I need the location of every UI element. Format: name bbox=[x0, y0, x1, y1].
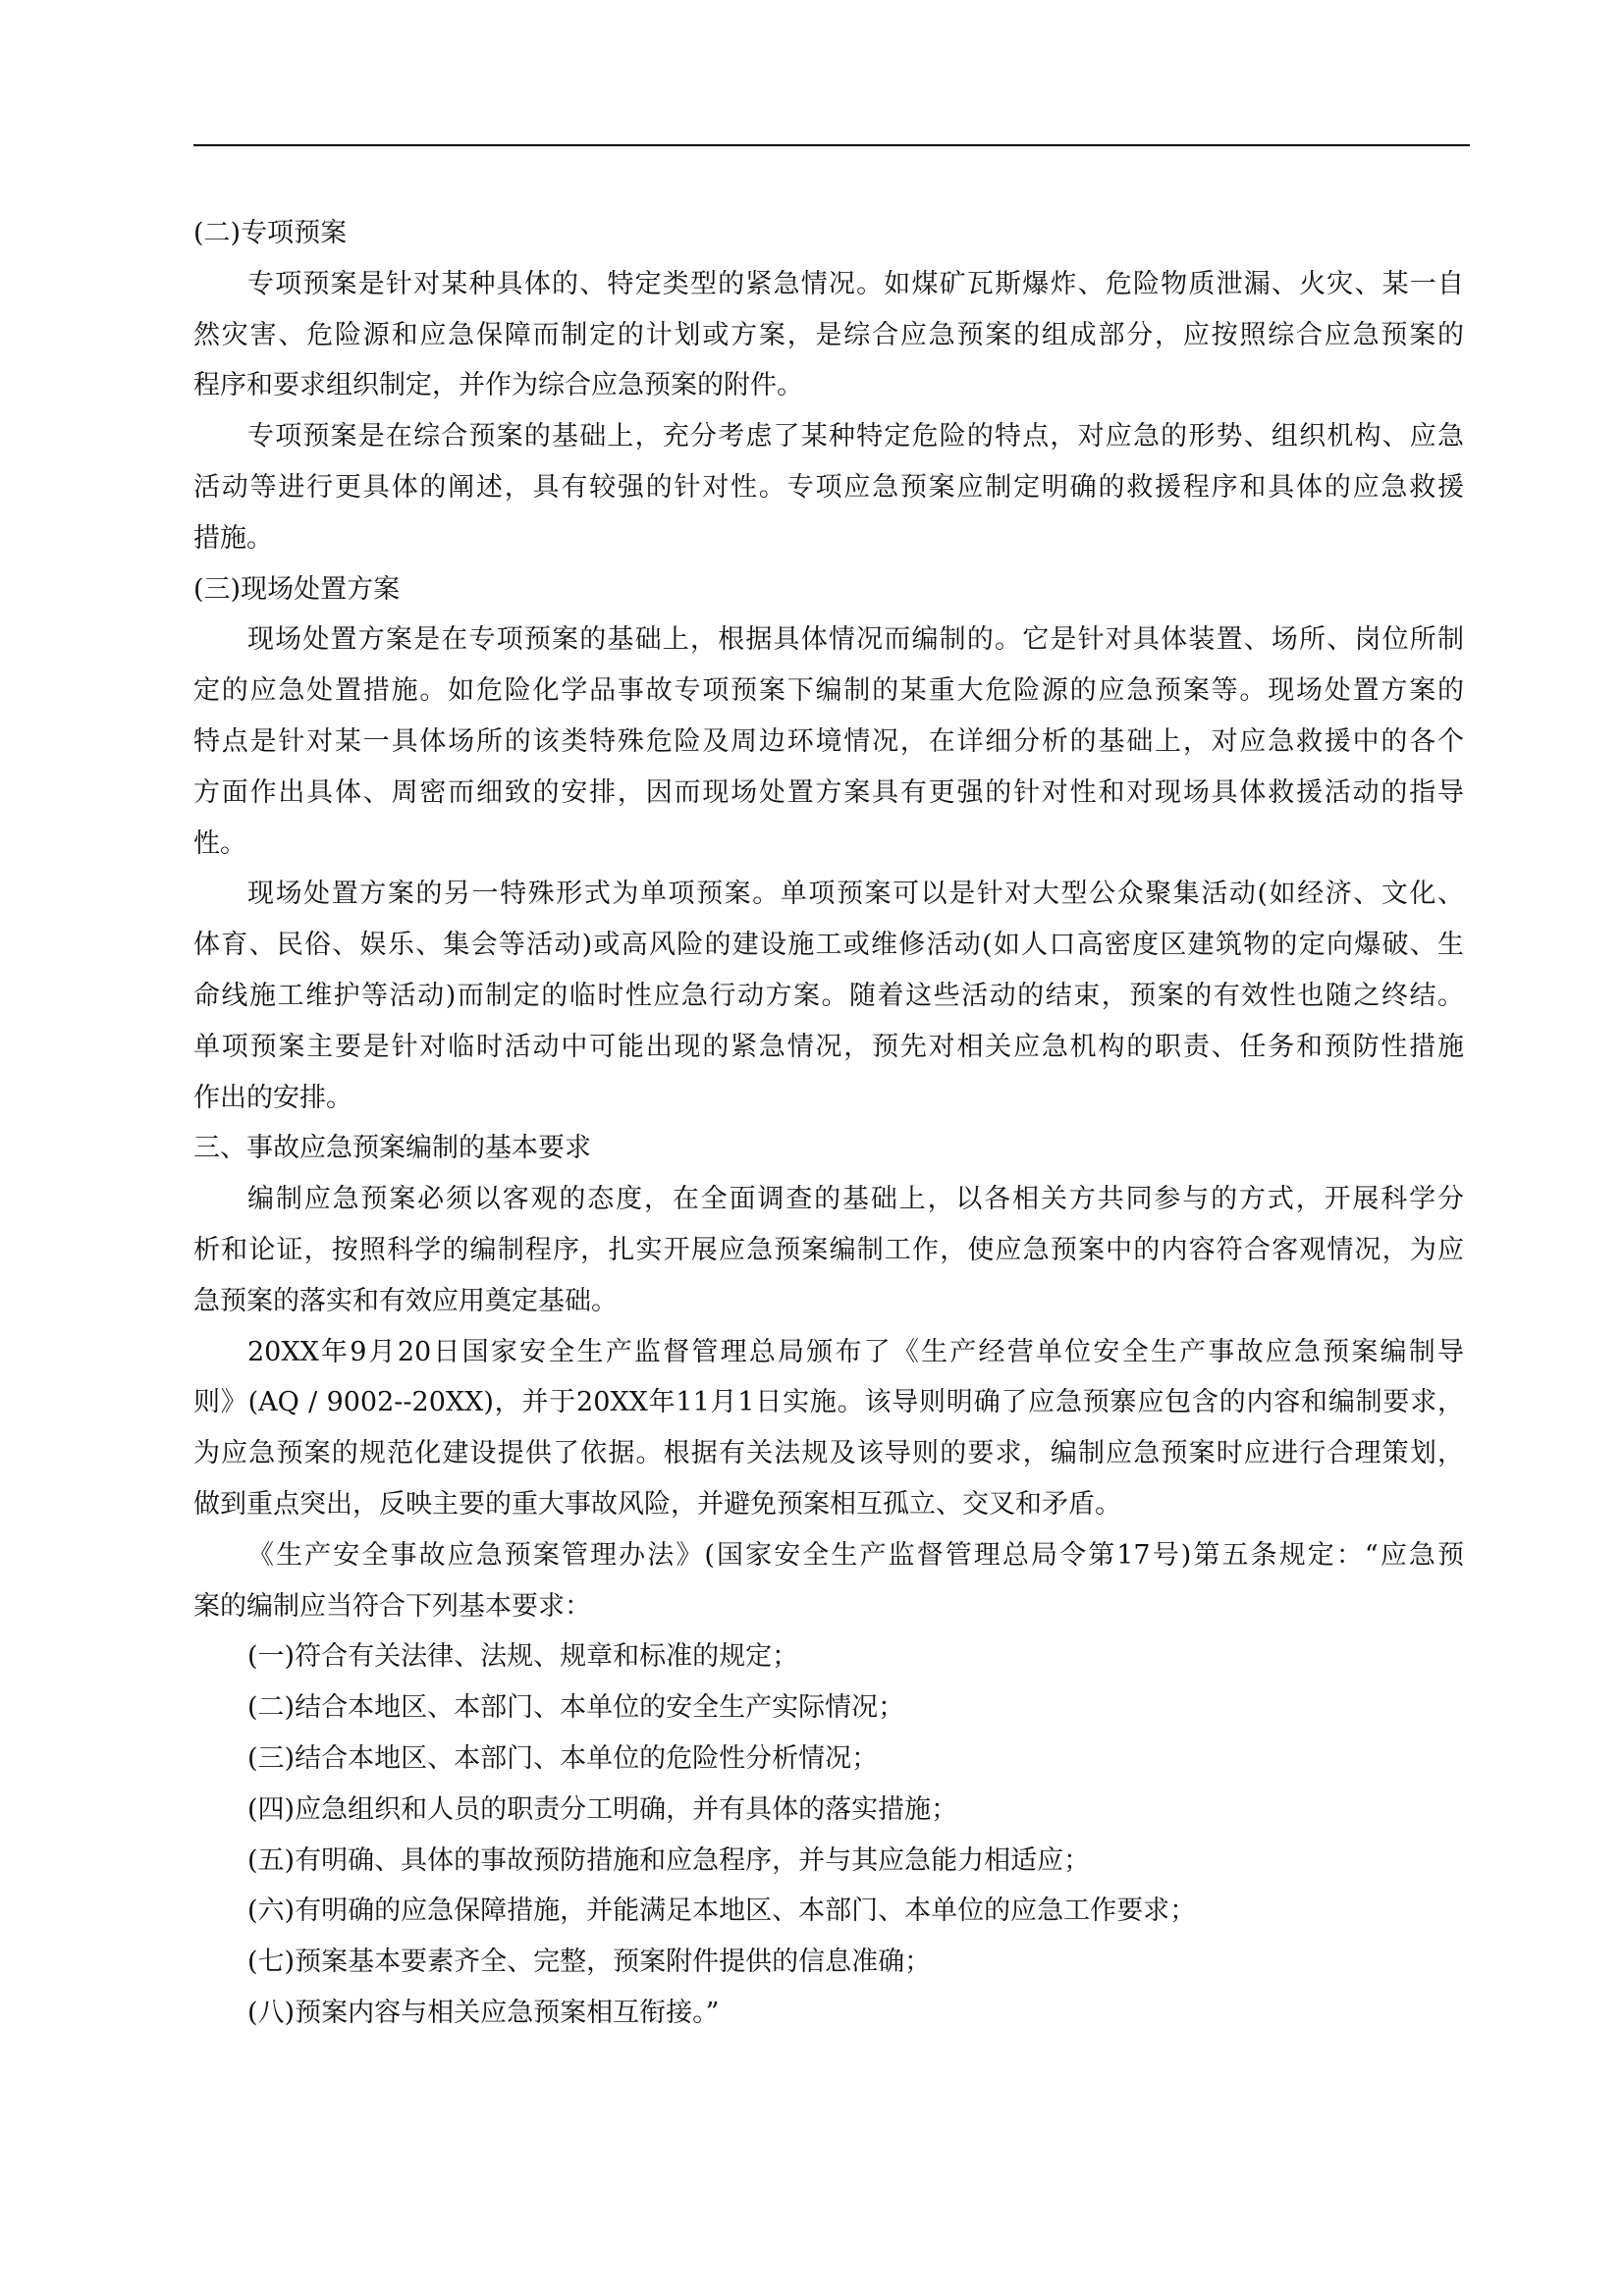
paragraph-line: 性。 bbox=[193, 819, 1464, 870]
paragraph-line: 析和论证，按照科学的编制程序，扎实开展应急预案编制工作，使应急预案中的内容符合客… bbox=[193, 1225, 1464, 1276]
paragraph-line: 《生产安全事故应急预案管理办法》(国家安全生产监督管理总局令第17号)第五条规定… bbox=[193, 1530, 1464, 1581]
requirement-item: (七)预案基本要素齐全、完整，预案附件提供的信息准确； bbox=[193, 1937, 1464, 1988]
section-heading: 三、事故应急预案编制的基本要求 bbox=[193, 1123, 1464, 1174]
requirement-item: (一)符合有关法律、法规、规章和标准的规定； bbox=[193, 1631, 1464, 1682]
paragraph: 专项预案是针对某种具体的、特定类型的紧急情况。如煤矿瓦斯爆炸、危险物质泄漏、火灾… bbox=[193, 259, 1464, 411]
paragraph: 编制应急预案必须以客观的态度，在全面调查的基础上，以各相关方共同参与的方式，开展… bbox=[193, 1174, 1464, 1326]
paragraph: 现场处置方案的另一特殊形式为单项预案。单项预案可以是针对大型公众聚集活动(如经济… bbox=[193, 869, 1464, 1123]
paragraph-line: 专项预案是在综合预案的基础上，充分考虑了某种特定危险的特点，对应急的形势、组织机… bbox=[193, 411, 1464, 462]
paragraph-line: 为应急预案的规范化建设提供了依据。根据有关法规及该导则的要求，编制应急预案时应进… bbox=[193, 1428, 1464, 1479]
requirements-list: (一)符合有关法律、法规、规章和标准的规定； (二)结合本地区、本部门、本单位的… bbox=[193, 1631, 1464, 2038]
paragraph-line: 单项预案主要是针对临时活动中可能出现的紧急情况，预先对相关应急机构的职责、任务和… bbox=[193, 1022, 1464, 1073]
requirement-item: (五)有明确、具体的事故预防措施和应急程序，并与其应急能力相适应； bbox=[193, 1836, 1464, 1887]
paragraph-line: 命线施工维护等活动)而制定的临时性应急行动方案。随着这些活动的结束，预案的有效性… bbox=[193, 971, 1464, 1022]
header-rule bbox=[193, 144, 1470, 146]
requirement-item: (四)应急组织和人员的职责分工明确，并有具体的落实措施； bbox=[193, 1785, 1464, 1836]
document-page: (二)专项预案 专项预案是针对某种具体的、特定类型的紧急情况。如煤矿瓦斯爆炸、危… bbox=[0, 0, 1624, 2296]
section-heading: (二)专项预案 bbox=[193, 208, 1464, 259]
requirement-item: (八)预案内容与相关应急预案相互衔接。” bbox=[193, 1988, 1464, 2039]
paragraph-line: 做到重点突出，反映主要的重大事故风险，并避免预案相互孤立、交叉和矛盾。 bbox=[193, 1479, 1464, 1530]
paragraph-line: 特点是针对某一具体场所的该类特殊危险及周边环境情况，在详细分析的基础上，对应急救… bbox=[193, 717, 1464, 768]
paragraph-line: 程序和要求组织制定，并作为综合应急预案的附件。 bbox=[193, 360, 1464, 411]
paragraph-line: 案的编制应当符合下列基本要求： bbox=[193, 1581, 1464, 1632]
paragraph: 专项预案是在综合预案的基础上，充分考虑了某种特定危险的特点，对应急的形势、组织机… bbox=[193, 411, 1464, 563]
paragraph-line: 然灾害、危险源和应急保障而制定的计划或方案，是综合应急预案的组成部分，应按照综合… bbox=[193, 310, 1464, 361]
paragraph-line: 急预案的落实和有效应用奠定基础。 bbox=[193, 1276, 1464, 1327]
requirement-item: (六)有明确的应急保障措施，并能满足本地区、本部门、本单位的应急工作要求； bbox=[193, 1886, 1464, 1937]
requirement-item: (三)结合本地区、本部门、本单位的危险性分析情况； bbox=[193, 1734, 1464, 1785]
paragraph-line: 专项预案是针对某种具体的、特定类型的紧急情况。如煤矿瓦斯爆炸、危险物质泄漏、火灾… bbox=[193, 259, 1464, 310]
paragraph-line: 活动等进行更具体的阐述，具有较强的针对性。专项应急预案应制定明确的救援程序和具体… bbox=[193, 462, 1464, 513]
paragraph-line: 则》(AQ / 9002--20XX)，并于20XX年11月1日实施。该导则明确… bbox=[193, 1377, 1464, 1428]
paragraph-line: 体育、民俗、娱乐、集会等活动)或高风险的建设施工或维修活动(如人口高密度区建筑物… bbox=[193, 920, 1464, 971]
paragraph: 《生产安全事故应急预案管理办法》(国家安全生产监督管理总局令第17号)第五条规定… bbox=[193, 1530, 1464, 1632]
paragraph: 20XX年9月20日国家安全生产监督管理总局颁布了《生产经营单位安全生产事故应急… bbox=[193, 1327, 1464, 1530]
paragraph-line: 编制应急预案必须以客观的态度，在全面调查的基础上，以各相关方共同参与的方式，开展… bbox=[193, 1174, 1464, 1225]
paragraph-line: 措施。 bbox=[193, 513, 1464, 564]
paragraph-line: 现场处置方案是在专项预案的基础上，根据具体情况而编制的。它是针对具体装置、场所、… bbox=[193, 614, 1464, 666]
paragraph-line: 方面作出具体、周密而细致的安排，因而现场处置方案具有更强的针对性和对现场具体救援… bbox=[193, 768, 1464, 819]
paragraph-line: 定的应急处置措施。如危险化学品事故专项预案下编制的某重大危险源的应急预案等。现场… bbox=[193, 666, 1464, 717]
paragraph-line: 现场处置方案的另一特殊形式为单项预案。单项预案可以是针对大型公众聚集活动(如经济… bbox=[193, 869, 1464, 920]
section-heading: (三)现场处置方案 bbox=[193, 564, 1464, 615]
paragraph-line: 作出的安排。 bbox=[193, 1073, 1464, 1124]
paragraph-line: 20XX年9月20日国家安全生产监督管理总局颁布了《生产经营单位安全生产事故应急… bbox=[193, 1327, 1464, 1378]
document-body: (二)专项预案 专项预案是针对某种具体的、特定类型的紧急情况。如煤矿瓦斯爆炸、危… bbox=[193, 208, 1464, 2039]
paragraph: 现场处置方案是在专项预案的基础上，根据具体情况而编制的。它是针对具体装置、场所、… bbox=[193, 614, 1464, 869]
requirement-item: (二)结合本地区、本部门、本单位的安全生产实际情况； bbox=[193, 1682, 1464, 1734]
